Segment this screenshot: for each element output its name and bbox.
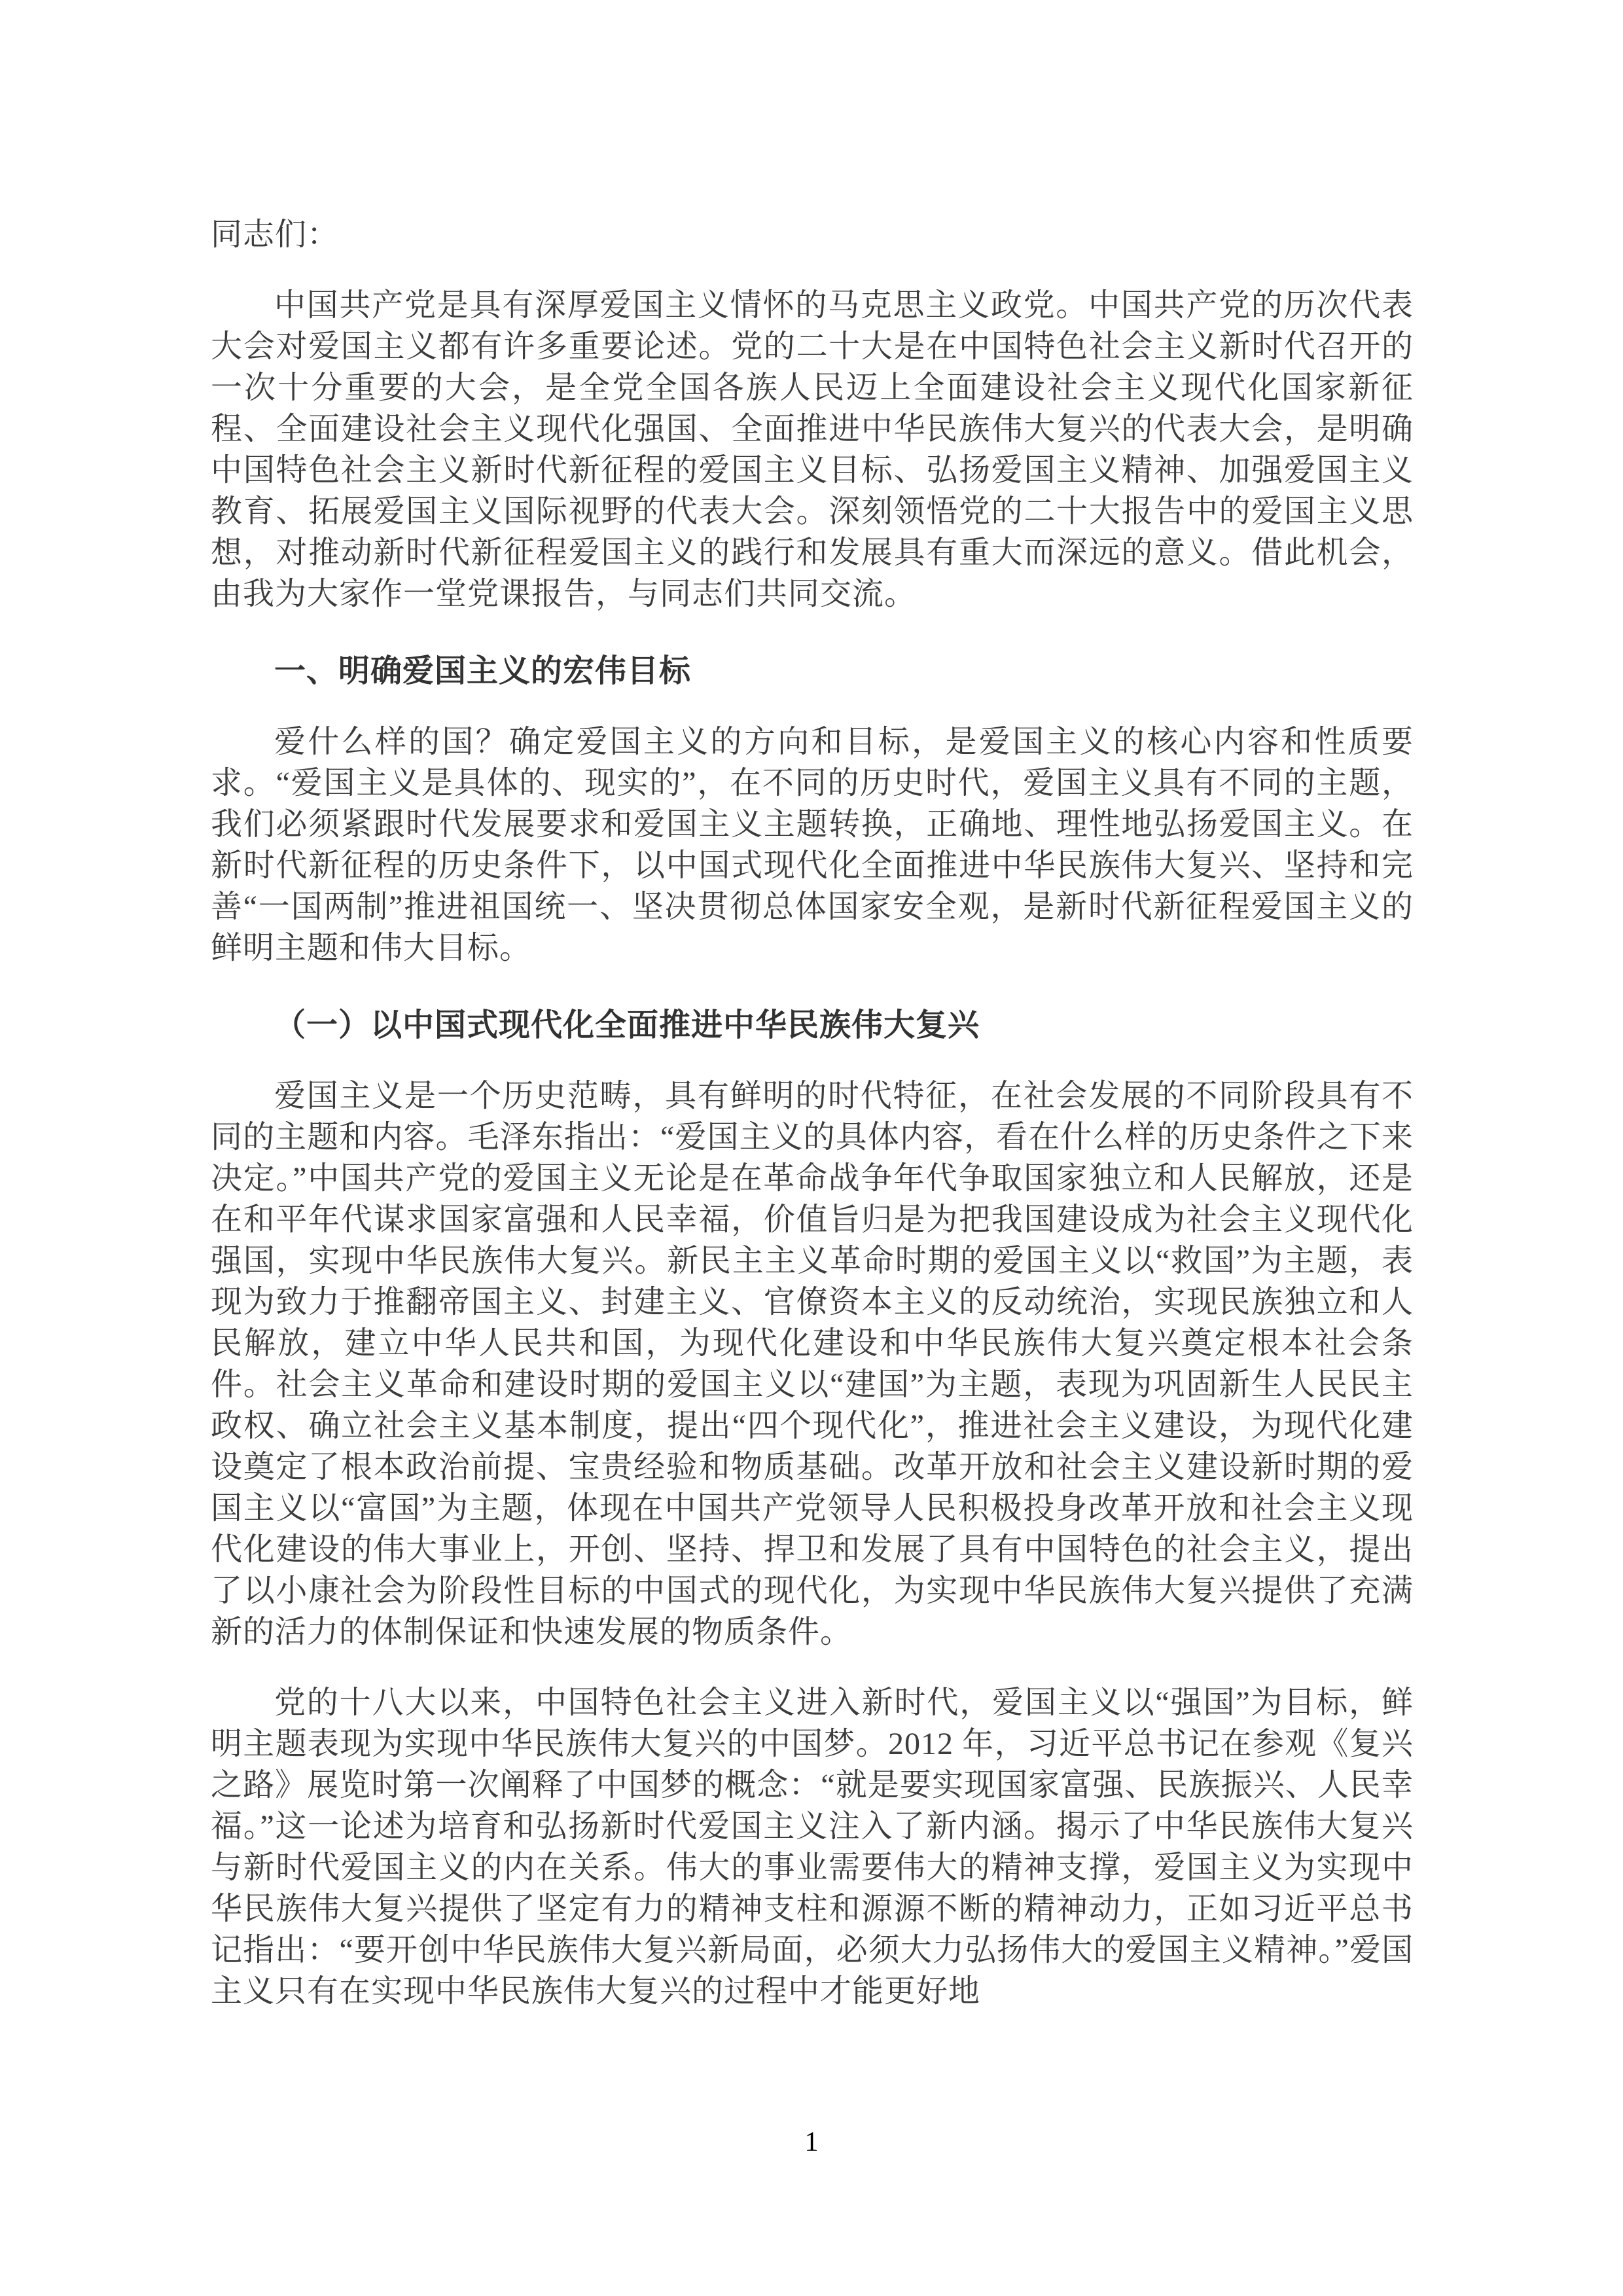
body-paragraph: 爱什么样的国？确定爱国主义的方向和目标，是爱国主义的核心内容和性质要求。“爱国主… [211,721,1414,969]
document-page: 同志们：中国共产党是具有深厚爱国主义情怀的马克思主义政党。中国共产党的历次代表大… [0,0,1623,2296]
page-number: 1 [0,2126,1623,2159]
document-body: 同志们：中国共产党是具有深厚爱国主义情怀的马克思主义政党。中国共产党的历次代表大… [211,214,1414,2041]
section-heading: 一、明确爱国主义的宏伟目标 [211,651,1414,692]
body-paragraph: 爱国主义是一个历史范畴，具有鲜明的时代特征，在社会发展的不同阶段具有不同的主题和… [211,1075,1414,1653]
body-paragraph: 党的十八大以来，中国特色社会主义进入新时代，爱国主义以“强国”为目标，鲜明主题表… [211,1682,1414,2012]
salutation-line: 同志们： [211,214,1414,255]
body-paragraph: 中国共产党是具有深厚爱国主义情怀的马克思主义政党。中国共产党的历次代表大会对爱国… [211,285,1414,615]
subsection-heading: （一）以中国式现代化全面推进中华民族伟大复兴 [211,1005,1414,1046]
